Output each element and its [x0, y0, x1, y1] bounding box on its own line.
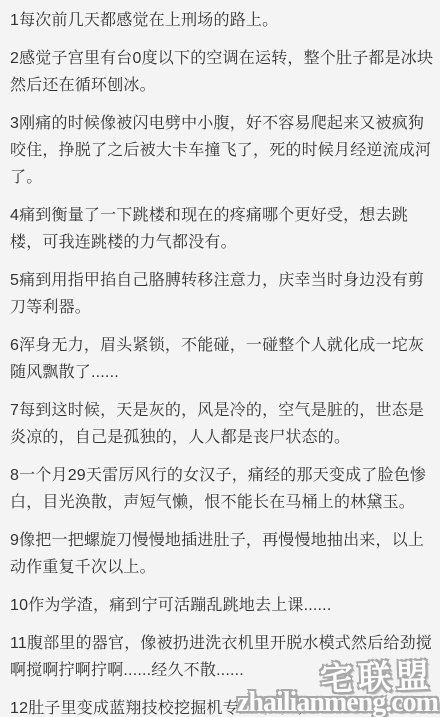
text-line: 9像把一把螺旋刀慢慢地插进肚子，再慢慢地抽出来，以上	[10, 527, 440, 554]
text-line: 8一个月29天雷厉风行的女汉子，痛经的那天变成了脸色惨	[10, 462, 440, 489]
text-line: 刀等利器。	[10, 294, 440, 321]
text-line: 1每次前几天都感觉在上刑场的路上。	[10, 7, 440, 34]
text-line: 6浑身无力，眉头紧锁，不能碰，一碰整个人就化成一坨灰	[10, 332, 440, 359]
text-line: 啊搅啊拧啊拧啊......经久不散......	[10, 657, 440, 684]
list-item: 3刚痛的时候像被闪电劈中小腹，好不容易爬起来又被疯狗咬住，挣脱了之后被大卡车撞飞…	[10, 110, 440, 191]
text-line: 5痛到用指甲掐自己胳膊转移注意力，庆幸当时身边没有剪	[10, 267, 440, 294]
list-item: 2感觉子宫里有台0度以下的空调在运转，整个肚子都是冰块然后还在循环刨冰。	[10, 45, 440, 99]
text-line: 2感觉子宫里有台0度以下的空调在运转，整个肚子都是冰块	[10, 45, 440, 72]
text-line: 动作重复千次以上。	[10, 554, 440, 581]
text-line: 了。	[10, 164, 440, 191]
text-page: 1每次前几天都感觉在上刑场的路上。2感觉子宫里有台0度以下的空调在运转，整个肚子…	[0, 0, 440, 717]
list-item: 12肚子里变成蓝翔技校挖掘机专业练习场地	[10, 695, 440, 717]
text-line: 11腹部里的器官，像被扔进洗衣机里开脱水模式然后给劲搅	[10, 630, 440, 657]
text-line: 12肚子里变成蓝翔技校挖掘机专业练习场地	[10, 695, 440, 717]
pain-description-list: 1每次前几天都感觉在上刑场的路上。2感觉子宫里有台0度以下的空调在运转，整个肚子…	[10, 7, 440, 717]
text-line: 然后还在循环刨冰。	[10, 72, 440, 99]
list-item: 9像把一把螺旋刀慢慢地插进肚子，再慢慢地抽出来，以上动作重复千次以上。	[10, 527, 440, 581]
list-item: 1每次前几天都感觉在上刑场的路上。	[10, 7, 440, 34]
list-item: 10作为学渣，痛到宁可活蹦乱跳地去上课......	[10, 592, 440, 619]
list-item: 4痛到衡量了一下跳楼和现在的疼痛哪个更好受，想去跳楼，可我连跳楼的力气都没有。	[10, 202, 440, 256]
list-item: 6浑身无力，眉头紧锁，不能碰，一碰整个人就化成一坨灰随风飘散了......	[10, 332, 440, 386]
text-line: 4痛到衡量了一下跳楼和现在的疼痛哪个更好受，想去跳	[10, 202, 440, 229]
list-item: 5痛到用指甲掐自己胳膊转移注意力，庆幸当时身边没有剪刀等利器。	[10, 267, 440, 321]
text-line: 3刚痛的时候像被闪电劈中小腹，好不容易爬起来又被疯狗	[10, 110, 440, 137]
text-line: 10作为学渣，痛到宁可活蹦乱跳地去上课......	[10, 592, 440, 619]
text-line: 楼，可我连跳楼的力气都没有。	[10, 229, 440, 256]
text-line: 炎凉的，自己是孤独的，人人都是丧尸状态的。	[10, 424, 440, 451]
list-item: 8一个月29天雷厉风行的女汉子，痛经的那天变成了脸色惨白，目光涣散，声短气懒，恨…	[10, 462, 440, 516]
list-item: 7每到这时候，天是灰的，风是冷的，空气是脏的，世态是炎凉的，自己是孤独的，人人都…	[10, 397, 440, 451]
text-line: 白，目光涣散，声短气懒，恨不能长在马桶上的林黛玉。	[10, 489, 440, 516]
text-line: 咬住，挣脱了之后被大卡车撞飞了，死的时候月经逆流成河	[10, 137, 440, 164]
text-line: 7每到这时候，天是灰的，风是冷的，空气是脏的，世态是	[10, 397, 440, 424]
list-item: 11腹部里的器官，像被扔进洗衣机里开脱水模式然后给劲搅啊搅啊拧啊拧啊......…	[10, 630, 440, 684]
text-line: 随风飘散了......	[10, 359, 440, 386]
